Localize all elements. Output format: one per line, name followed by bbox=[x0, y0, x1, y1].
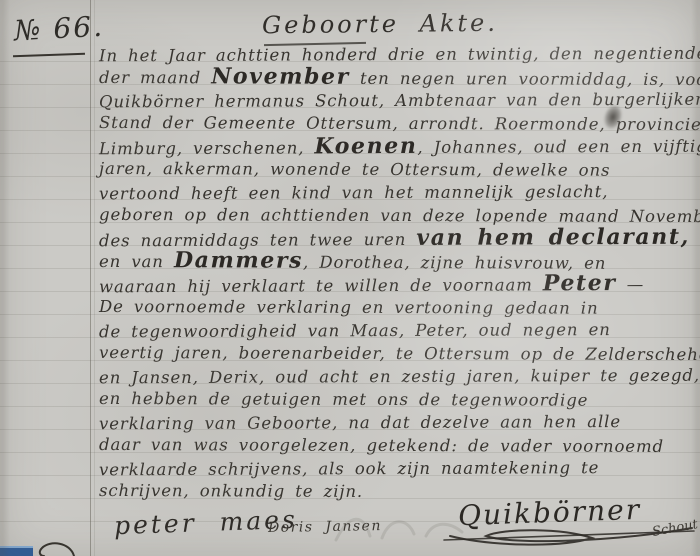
text-segment: schrijven, onkundig te zijn. bbox=[99, 481, 363, 501]
ui-overlay-fragment bbox=[0, 546, 33, 556]
text-segment: jaren, akkerman, wonende te Ottersum, de… bbox=[99, 159, 610, 180]
record-number-underline bbox=[13, 53, 85, 58]
text-segment: en Jansen, Derix, oud acht en zestig jar… bbox=[99, 366, 700, 388]
text-line: daar van was voorgelezen, getekend: de v… bbox=[99, 433, 695, 458]
text-line: Limburg, verschenen, Koenen, Johannes, o… bbox=[99, 134, 695, 160]
text-segment: verklaring van Geboorte, na dat dezelve … bbox=[99, 412, 621, 433]
record-number: № 66. bbox=[13, 10, 105, 48]
text-segment: vertoond heeft een kind van het mannelij… bbox=[99, 182, 608, 203]
text-segment: De voornoemde verklaring en vertooning g… bbox=[99, 297, 599, 318]
text-segment: veertig jaren, boerenarbeider, te Otters… bbox=[99, 343, 700, 364]
text-segment: daar van was voorgelezen, getekend: de v… bbox=[99, 435, 664, 456]
record-number-text: № 66. bbox=[13, 10, 105, 48]
emphasized-text-segment: November bbox=[211, 63, 350, 89]
text-segment: de tegenwoordigheid van Maas, Peter, oud… bbox=[99, 320, 611, 341]
text-line: der maand November ten negen uren voormi… bbox=[99, 65, 695, 90]
signature-registrar-text: Quikbörner bbox=[457, 493, 641, 532]
text-line: waaraan hij verklaart te willen de voorn… bbox=[99, 272, 695, 298]
emphasized-text-segment: Dammers bbox=[174, 247, 303, 273]
text-segment: waaraan hij verklaart te willen de voorn… bbox=[99, 275, 543, 296]
text-segment: In het Jaar achttien honderd drie en twi… bbox=[99, 44, 700, 66]
emphasized-text-segment: van hem declarant, bbox=[416, 224, 690, 251]
document-scan: № 66. Geboorte Akte. In het Jaar achttie… bbox=[0, 0, 700, 556]
text-line: jaren, akkerman, wonende te Ottersum, de… bbox=[99, 157, 695, 182]
text-segment: verklaarde schrijvens, als ook zijn naam… bbox=[99, 458, 599, 479]
text-line: In het Jaar achttien honderd drie en twi… bbox=[99, 42, 695, 68]
text-line: veertig jaren, boerenarbeider, te Otters… bbox=[99, 341, 695, 366]
text-line: verklaarde schrijvens, als ook zijn naam… bbox=[99, 456, 695, 482]
text-line: de tegenwoordigheid van Maas, Peter, oud… bbox=[99, 318, 695, 344]
text-segment: der maand bbox=[99, 68, 211, 87]
signature-registrar: Quikbörner bbox=[457, 493, 641, 532]
text-segment: en hebben de getuigen met ons de tegenwo… bbox=[99, 389, 588, 410]
next-entry-partial-stroke bbox=[30, 540, 90, 556]
text-segment: — bbox=[617, 275, 645, 294]
text-segment: Limburg, verschenen, bbox=[99, 138, 315, 158]
text-line: en hebben de getuigen met ons de tegenwo… bbox=[99, 387, 695, 412]
signature-witness-text: Doris Jansen bbox=[268, 518, 382, 536]
text-line: verklaring van Geboorte, na dat dezelve … bbox=[99, 410, 695, 436]
text-line: vertoond heeft een kind van het mannelij… bbox=[99, 180, 695, 206]
signature-registrar-title-text: Schout bbox=[651, 517, 699, 540]
text-line: De voornoemde verklaring en vertooning g… bbox=[99, 295, 695, 320]
document-title: Geboorte Akte. bbox=[262, 9, 498, 39]
document-title-text: Geboorte Akte. bbox=[262, 9, 498, 39]
text-segment: ten negen uren voormiddag, is, voor ons, bbox=[350, 69, 700, 89]
text-segment: geboren op den achttienden van deze lope… bbox=[99, 205, 700, 226]
emphasized-text-segment: Peter bbox=[543, 270, 617, 296]
margin-rule-line bbox=[90, 0, 91, 556]
margin-rule-line-echo bbox=[94, 0, 95, 556]
text-line: en Jansen, Derix, oud acht en zestig jar… bbox=[99, 364, 695, 390]
text-segment: en van bbox=[99, 252, 174, 271]
text-segment: , Johannes, oud een en vijftig bbox=[417, 137, 700, 157]
emphasized-text-segment: Koenen bbox=[314, 133, 417, 159]
signature-witness: Doris Jansen bbox=[268, 518, 382, 536]
signature-registrar-title: Schout bbox=[651, 517, 699, 540]
